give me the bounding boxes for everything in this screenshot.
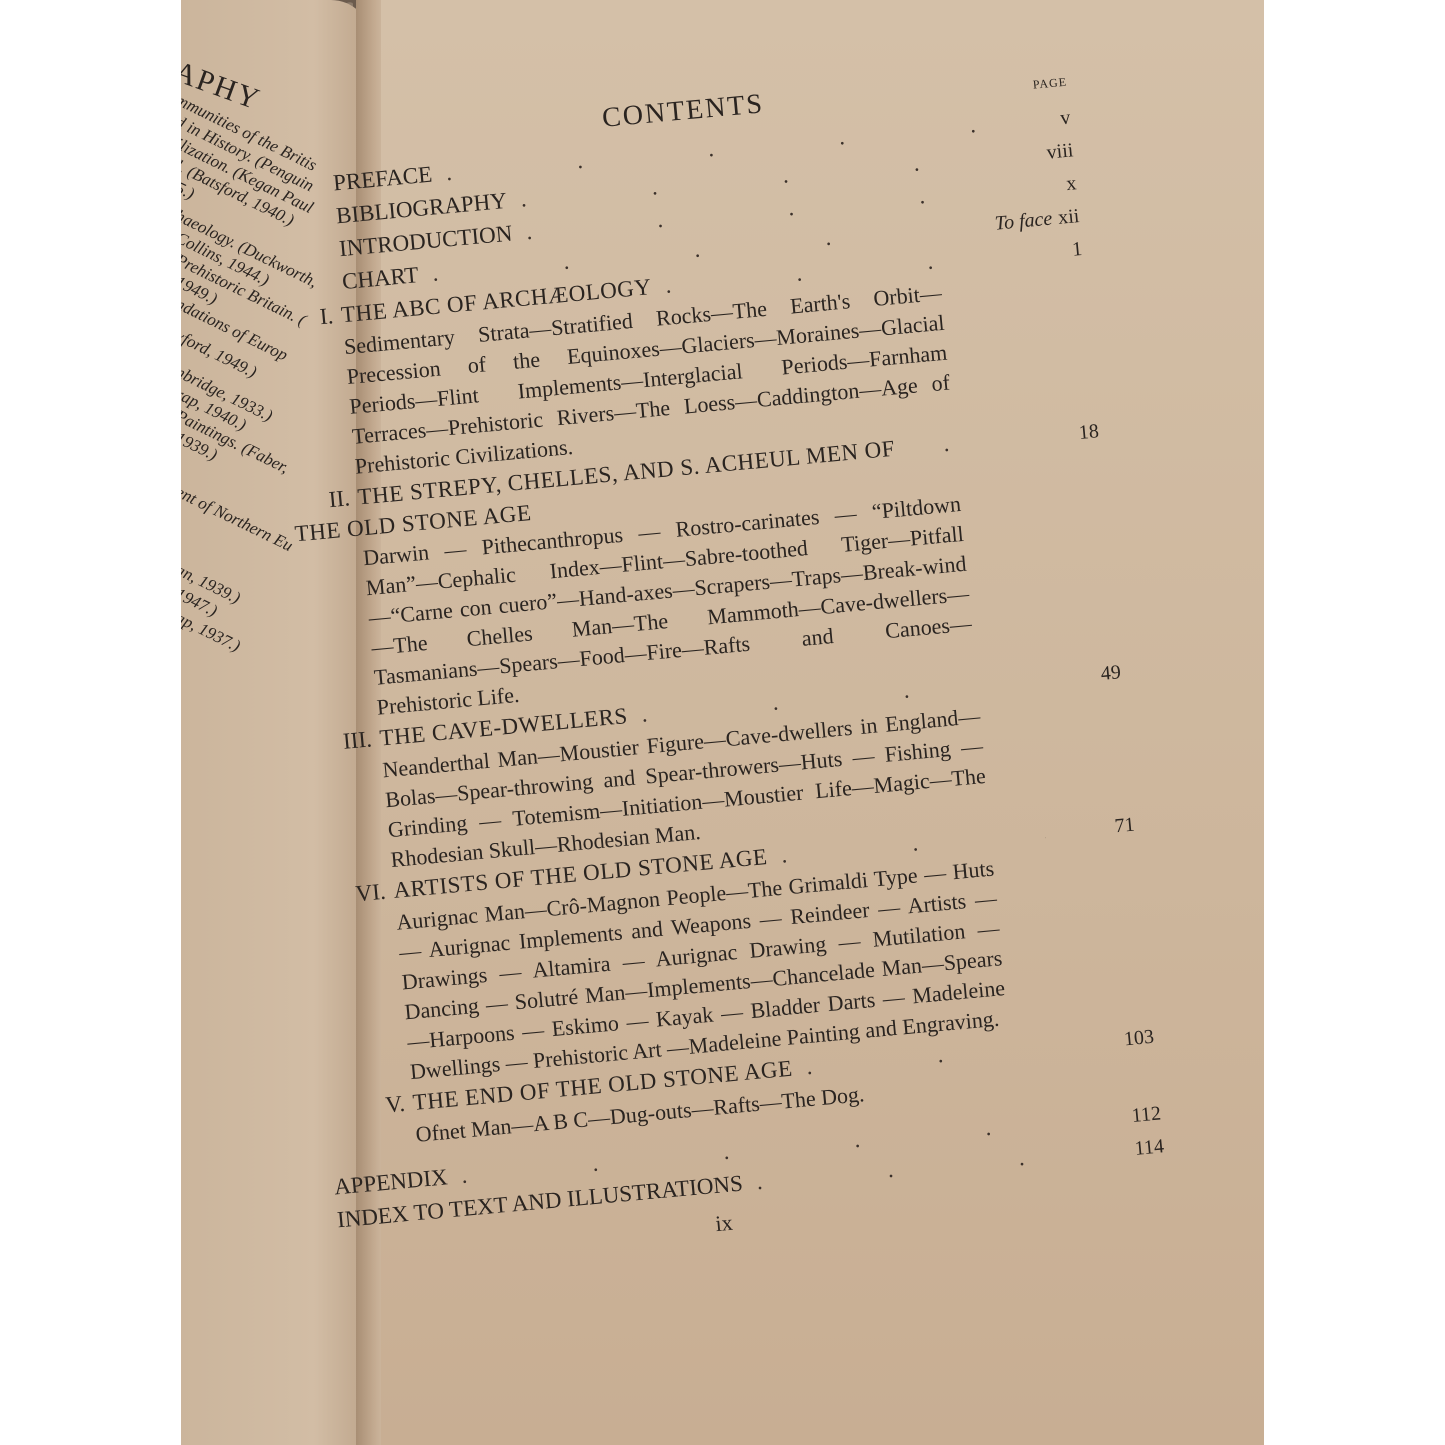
page-column-header: PAGE: [1032, 75, 1067, 93]
entry-label: CHART: [341, 259, 420, 297]
chapter-number: II.: [291, 482, 352, 518]
chapter-page: 103: [1063, 1022, 1155, 1061]
entry-page: 114: [1073, 1131, 1165, 1170]
chapter-number: I.: [274, 300, 335, 336]
chapter-number: III.: [313, 723, 374, 759]
chapter-page: 71: [1044, 810, 1136, 849]
chapter-number: V.: [346, 1088, 407, 1124]
table-of-contents: CONTENTS PAGE PREFACE . . . . . . . v BI…: [239, 61, 1169, 1272]
chapter-page: 18: [1008, 416, 1100, 455]
chapter-number: VI.: [326, 876, 387, 912]
chapter-page: 1: [991, 234, 1083, 273]
leader-dots: . . . . . . .: [928, 422, 1010, 460]
to-face-note: To face: [994, 208, 1053, 235]
chapter-page: 49: [1030, 657, 1122, 696]
chapters: I.THE ABC OF ARCHÆOLOGY . . . . . . . 1 …: [274, 232, 1158, 1156]
